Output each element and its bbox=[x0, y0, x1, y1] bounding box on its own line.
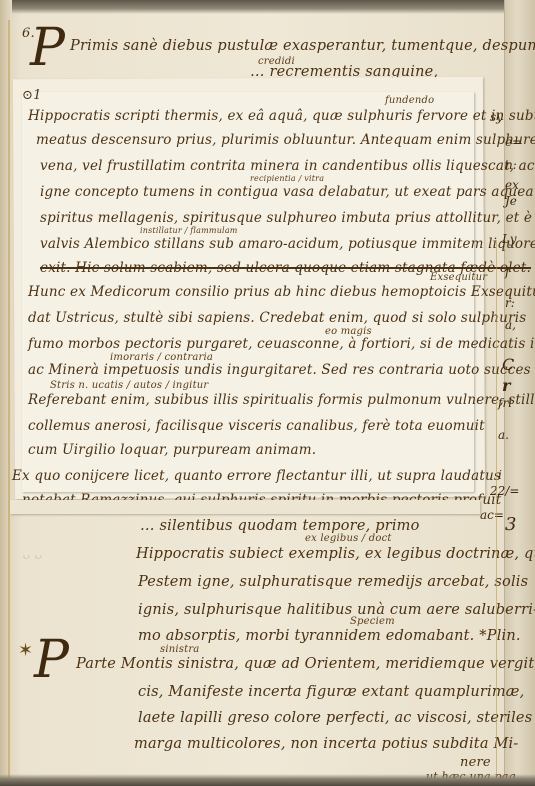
margin-rule-right bbox=[496, 240, 497, 780]
text-line-11: Hunc ex Medicorum consilio prius ab hinc… bbox=[28, 284, 535, 300]
margin-note-16: ac= bbox=[480, 508, 504, 522]
interlinear-note-9: instillatur / flammulam bbox=[140, 226, 238, 235]
margin-note-14: i bbox=[498, 468, 502, 482]
text-line-14: ac Minerà impetuosis undis ingurgitaret.… bbox=[28, 362, 531, 378]
text-line-4: Hippocratis scripti thermis, ex eâ aquâ,… bbox=[28, 108, 535, 124]
text-line-12: dat Ustricus, stultè sibi sapiens. Crede… bbox=[28, 310, 526, 326]
text-line-6: vena, vel frustillatim contrita minera i… bbox=[40, 158, 535, 174]
page-bottom-shadow bbox=[0, 774, 535, 786]
text-line-8: spiritus mellagenis, spiritusque sulphur… bbox=[40, 210, 535, 226]
text-line-20: … silentibus quodam tempore, primo bbox=[140, 518, 420, 534]
text-line-28: marga multicolores, non incerta potius s… bbox=[134, 736, 518, 752]
margin-note-15: 22/= bbox=[490, 484, 519, 498]
interlinear-note-24: Speciem bbox=[350, 616, 395, 627]
text-line-18: Ex quo conijcere licet, quanto errore fl… bbox=[12, 468, 501, 484]
margin-note-12: fri bbox=[498, 396, 512, 410]
text-line-25: Parte Montis sinistra, quæ ad Orientem, … bbox=[76, 656, 535, 672]
margin-note-9: a, bbox=[505, 318, 516, 332]
margin-note-10: C bbox=[502, 355, 514, 374]
margin-note-3: n: bbox=[505, 158, 517, 172]
interlinear-note-21: ex legibus / doct bbox=[305, 533, 392, 544]
margin-note-11: r bbox=[502, 376, 510, 395]
star-mark-icon: ✶ bbox=[18, 640, 33, 661]
text-line-17: cum Uirgilio loquar, purpuream animam. bbox=[28, 442, 316, 458]
margin-note-2: e= bbox=[505, 135, 522, 149]
margin-note-6: Ly bbox=[502, 232, 517, 246]
text-line-27: laete lapilli greso colore perfecti, ac … bbox=[138, 710, 535, 726]
manuscript-page: 6. P Primis sanè diebus pustulæ exaspera… bbox=[0, 0, 535, 786]
bleed-through-text: ᴗ ᴗ bbox=[22, 548, 42, 563]
text-line-24: mo absorptis, morbi tyrannidem edomabant… bbox=[138, 628, 521, 644]
margin-note-7: f bbox=[505, 265, 509, 279]
margin-note-4: ex bbox=[505, 178, 519, 192]
paragraph-marker: ⊙1 bbox=[22, 88, 42, 103]
text-line-21: Hippocratis subiect exemplis, ex legibus… bbox=[136, 546, 535, 562]
text-line-26: cis, Manifeste incerta figuræ extant qua… bbox=[138, 684, 524, 700]
page-top-shadow bbox=[0, 0, 535, 14]
margin-note-8: r: bbox=[505, 296, 515, 310]
text-line-5: meatus descensuro prius, plurimis obluun… bbox=[36, 132, 535, 148]
text-line-1: Primis sanè diebus pustulæ exasperantur,… bbox=[70, 38, 535, 54]
interlinear-note-11: Exsequitur bbox=[430, 272, 487, 283]
text-line-13: fumo morbos pectoris purgaret, ceuasconn… bbox=[28, 336, 535, 352]
interlinear-note-7: recipientia / vitra bbox=[250, 174, 324, 183]
catchword: nere bbox=[460, 755, 491, 770]
initial-letter-p: P bbox=[30, 22, 65, 74]
text-line-9: valvis Alembico stillans sub amaro-acidu… bbox=[40, 236, 535, 252]
text-line-7: igne concepto tumens in contigua vasa de… bbox=[40, 184, 534, 200]
binding-edge bbox=[0, 0, 12, 786]
text-line-22: Pestem igne, sulphuratisque remedijs arc… bbox=[138, 574, 528, 590]
text-line-15: Referebant enim, subibus illis spiritual… bbox=[28, 392, 535, 408]
initial-letter-p-2: P bbox=[34, 634, 69, 686]
slip-edge bbox=[10, 500, 480, 514]
margin-note-1: sy bbox=[490, 110, 503, 124]
margin-note-17: 3 bbox=[505, 514, 516, 535]
text-line-16: collemus anerosi, facilisque visceris ca… bbox=[28, 418, 485, 434]
text-line-23: ignis, sulphurisque halitibus unà cum ae… bbox=[138, 602, 535, 618]
margin-note-13: a. bbox=[498, 428, 509, 442]
margin-note-5: Je bbox=[505, 194, 517, 208]
interlinear-note-4: fundendo bbox=[385, 95, 434, 106]
interlinear-note-15: Stris n. ucatis / autos / ingitur bbox=[50, 380, 208, 391]
margin-rule-left bbox=[8, 20, 10, 780]
interlinear-note-25: sinistra bbox=[160, 644, 199, 655]
